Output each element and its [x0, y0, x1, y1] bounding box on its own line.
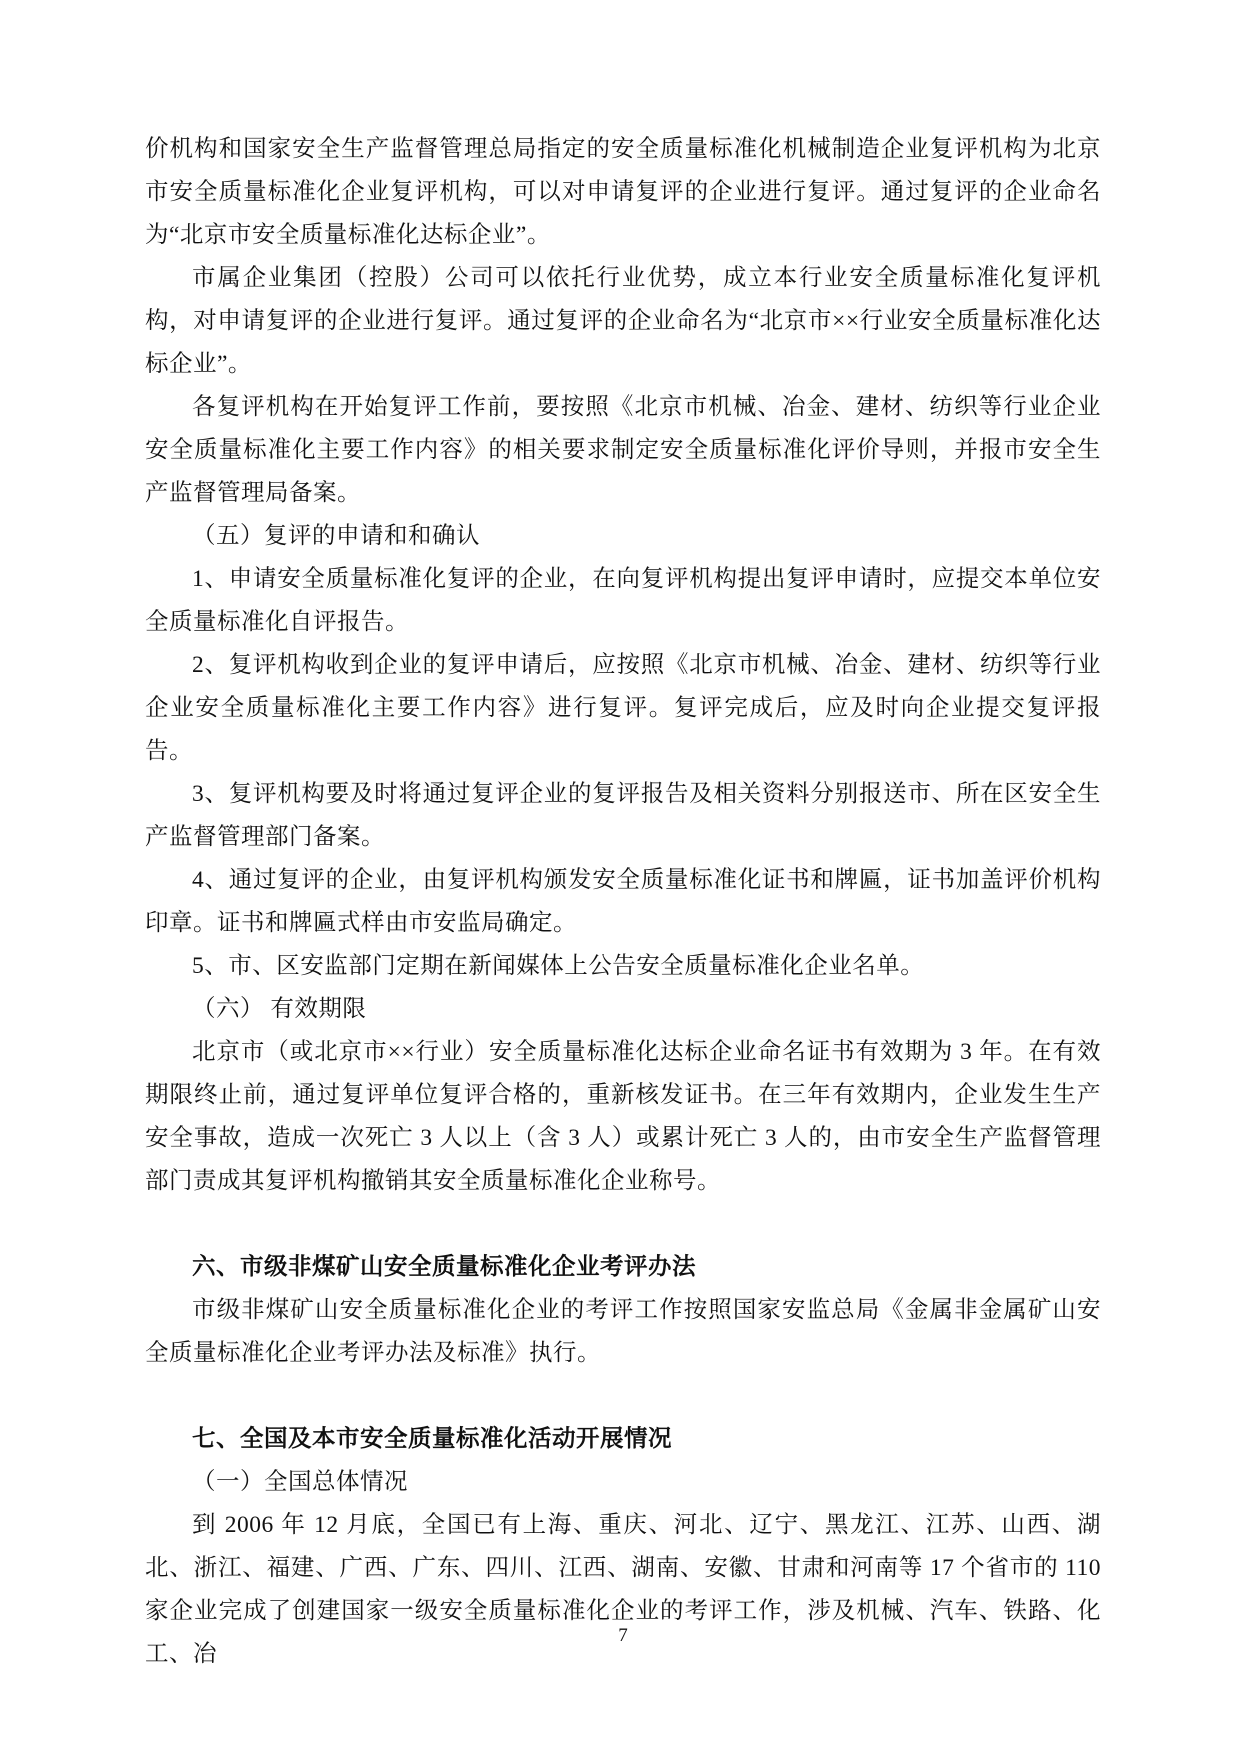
subsection-heading-5-review-application: （五）复评的申请和和确认: [145, 515, 1101, 558]
section-heading-7-national-activities: 七、全国及本市安全质量标准化活动开展情况: [145, 1418, 1101, 1461]
document-page: 价机构和国家安全生产监督管理总局指定的安全质量标准化机械制造企业复评机构为北京市…: [0, 0, 1241, 1754]
document-body: 价机构和国家安全生产监督管理总局指定的安全质量标准化机械制造企业复评机构为北京市…: [145, 128, 1101, 1676]
page-number: 7: [145, 1622, 1101, 1650]
paragraph-review-agency-continuation: 价机构和国家安全生产监督管理总局指定的安全质量标准化机械制造企业复评机构为北京市…: [145, 128, 1101, 257]
subsection-heading-1-national-overview: （一）全国总体情况: [145, 1461, 1101, 1504]
paragraph-national-statistics: 到 2006 年 12 月底，全国已有上海、重庆、河北、辽宁、黑龙江、江苏、山西…: [145, 1504, 1101, 1676]
list-item-2: 2、复评机构收到企业的复评申请后，应按照《北京市机械、冶金、建材、纺织等行业企业…: [145, 644, 1101, 773]
paragraph-group-companies: 市属企业集团（控股）公司可以依托行业优势，成立本行业安全质量标准化复评机构，对申…: [145, 257, 1101, 386]
section-heading-6-noncoal-mines: 六、市级非煤矿山安全质量标准化企业考评办法: [145, 1246, 1101, 1289]
list-item-5: 5、市、区安监部门定期在新闻媒体上公告安全质量标准化企业名单。: [145, 945, 1101, 988]
list-item-1: 1、申请安全质量标准化复评的企业，在向复评机构提出复评申请时，应提交本单位安全质…: [145, 558, 1101, 644]
paragraph-validity-rules: 北京市（或北京市××行业）安全质量标准化达标企业命名证书有效期为 3 年。在有效…: [145, 1031, 1101, 1203]
subsection-heading-6-validity-period: （六） 有效期限: [145, 988, 1101, 1031]
list-item-3: 3、复评机构要及时将通过复评企业的复评报告及相关资料分别报送市、所在区安全生产监…: [145, 773, 1101, 859]
paragraph-review-preparation: 各复评机构在开始复评工作前，要按照《北京市机械、冶金、建材、纺织等行业企业安全质…: [145, 386, 1101, 515]
list-item-4: 4、通过复评的企业，由复评机构颁发安全质量标准化证书和牌匾，证书加盖评价机构印章…: [145, 859, 1101, 945]
paragraph-noncoal-mine-evaluation: 市级非煤矿山安全质量标准化企业的考评工作按照国家安监总局《金属非金属矿山安全质量…: [145, 1289, 1101, 1375]
